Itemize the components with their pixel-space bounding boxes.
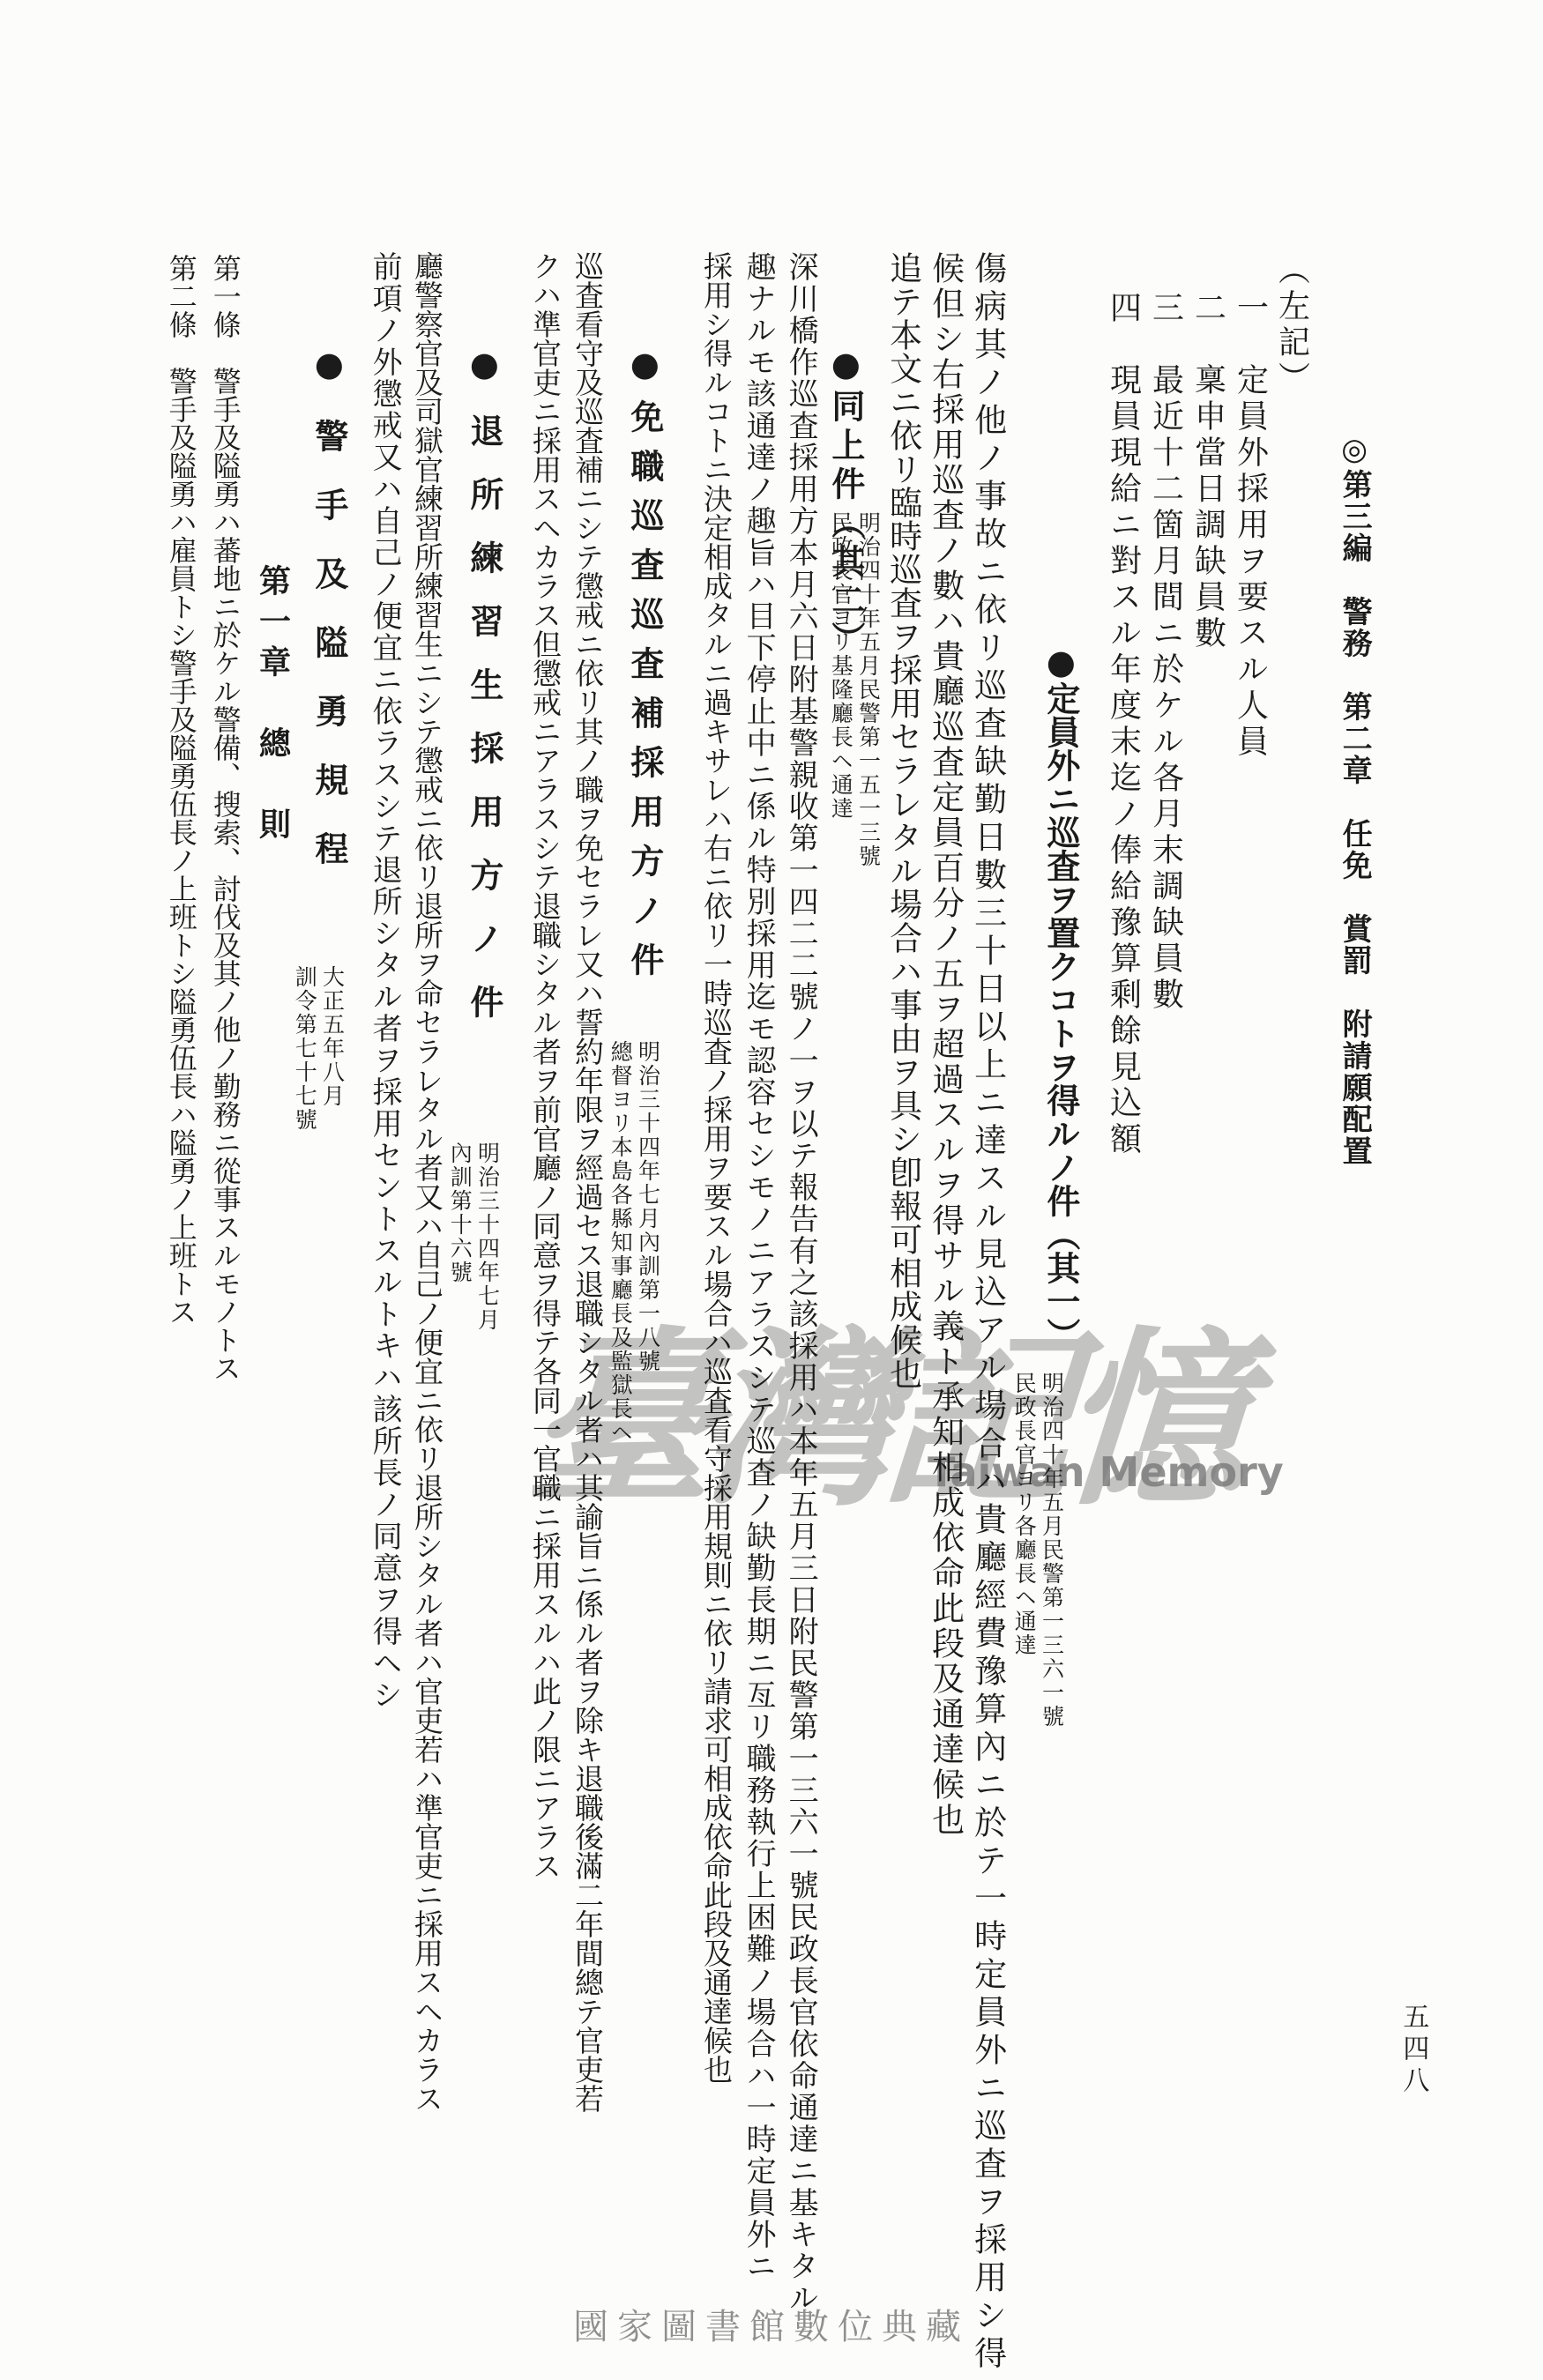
- section-1-citation: 明治四十年五月民警第一三六一號 民政長官ヨリ各廳長ヘ通達: [1010, 1372, 1066, 1729]
- section-3-citation-line-1: 明治三十四年七月內訓第一八號: [634, 1040, 661, 1445]
- section-2-body-col-2: 趣ナルモ該通達ノ趣旨ハ目下停止中ニ係ル特別採用迄モ認容セシモノニアラスシテ巡査ノ…: [741, 251, 776, 2282]
- section-3-title: ●免職巡査巡査補採用方ノ件: [624, 344, 664, 992]
- section-3-citation-line-2: 總督ヨリ本島各縣知事廳長及監獄長ヘ: [607, 1040, 634, 1445]
- section-2-citation: 明治四十年五月民警第一五一三號 民政長官ヨリ基隆廳長ヘ通達: [827, 511, 883, 868]
- left-note-item-3: 三 最近十二箇月間ニ於ケル各月末調缺員數: [1146, 291, 1183, 1014]
- page-header: ◎第三編 警務 第二章 任免 賞罰 附請願配置: [1337, 432, 1372, 1167]
- section-2-body-col-3: 採用シ得ルコトニ決定相成タルニ過キサレハ右ニ依リ一時巡査ノ採用ヲ要スル場合ハ巡査…: [698, 251, 733, 2084]
- section-1-citation-line-2: 民政長官ヨリ各廳長ヘ通達: [1010, 1372, 1038, 1729]
- footer-caption: 國家圖書館數位典藏: [573, 2299, 970, 2349]
- section-5-title: ●警手及隘勇規程: [309, 344, 348, 900]
- article-2: 第二條 警手及隘勇ハ雇員トシ警手及隘勇伍長ノ上班トシ隘勇伍長ハ隘勇ノ上班トス: [164, 254, 198, 1326]
- section-1-body-col-1: 傷病其ノ他ノ事故ニ依リ巡査缺勤日數三十日以上ニ達スル見込アル場合ハ貴廳經費豫算內…: [968, 251, 1007, 2374]
- section-1-title: ●定員外ニ巡査ヲ置クコトヲ得ルノ件（其一）: [1040, 642, 1080, 1351]
- left-note-item-1: 一 定員外採用ヲ要スル人員: [1231, 291, 1268, 761]
- section-5-citation: 大正五年八月 訓令第七十七號: [291, 965, 347, 1132]
- section-5-citation-line-1: 大正五年八月: [318, 965, 346, 1132]
- left-note-label: （左記）: [1272, 253, 1309, 398]
- section-3-body-col-1: 巡査看守及巡査補ニシテ懲戒ニ依リ其ノ職ヲ免セラレ又ハ誓約年限ヲ經過セス退職シタル…: [570, 251, 604, 2113]
- document-page: 臺灣記憶 Taiwan Memory ◎第三編 警務 第二章 任免 賞罰 附請願…: [0, 0, 1543, 2380]
- section-4-body-col-2: 前項ノ外懲戒又ハ自己ノ便宜ニ依ラスシテ退所シタル者ヲ採用セントスルトキハ該所長ノ…: [367, 251, 402, 1711]
- left-note-item-2: 二 稟申當日調缺員數: [1189, 291, 1226, 652]
- chapter-heading: 第一章 總 則: [254, 564, 291, 848]
- section-3-citation: 明治三十四年七月內訓第一八號 總督ヨリ本島各縣知事廳長及監獄長ヘ: [607, 1040, 662, 1445]
- section-5-citation-line-2: 訓令第七十七號: [291, 965, 318, 1132]
- section-4-citation-line-1: 明治三十四年七月: [473, 1142, 501, 1332]
- article-1: 第一條 警手及隘勇ハ蕃地ニ於ケル警備、搜索、討伐及其ノ他ノ勤務ニ從事スルモノトス: [208, 254, 242, 1382]
- section-4-body-col-1: 廳警察官及司獄官練習所練習生ニシテ懲戒ニ依リ退所ヲ命セラレタル者又ハ自己ノ便宜ニ…: [409, 251, 444, 2113]
- section-2-citation-line-2: 民政長官ヨリ基隆廳長ヘ通達: [827, 511, 854, 868]
- section-2-body-col-1: 深川橋作巡査採用方本月六日附基警親收第一四二二號ノ一ヲ以テ報告有之該採用ハ本年五…: [783, 251, 818, 2314]
- section-4-title: ●退所練習生採用方ノ件: [464, 344, 503, 1048]
- section-1-body-col-3: 追テ本文ニ依リ臨時巡査ヲ採用セラレタル場合ハ事由ヲ具シ卽報可相成候也: [883, 251, 922, 1390]
- left-note-item-4: 四 現員現給ニ對スル年度末迄ノ俸給豫算剩餘見込額: [1104, 291, 1141, 1158]
- section-2-citation-line-1: 明治四十年五月民警第一五一三號: [854, 511, 882, 868]
- section-4-citation: 明治三十四年七月 內訓第十六號: [446, 1142, 502, 1332]
- page-number: 五四八: [1398, 2003, 1428, 2098]
- section-3-body-col-2: クハ準官吏ニ採用スヘカラス但懲戒ニアラスシテ退職シタル者ヲ前官廳ノ同意ヲ得テ各同…: [527, 251, 562, 1880]
- section-1-citation-line-1: 明治四十年五月民警第一三六一號: [1038, 1372, 1065, 1729]
- section-4-citation-line-2: 內訓第十六號: [446, 1142, 473, 1332]
- section-1-body-col-2: 候但シ右採用巡査ノ數ハ貴廳巡査定員百分ノ五ヲ超過スルヲ得サル義ト承知相成依命此段…: [926, 251, 965, 1838]
